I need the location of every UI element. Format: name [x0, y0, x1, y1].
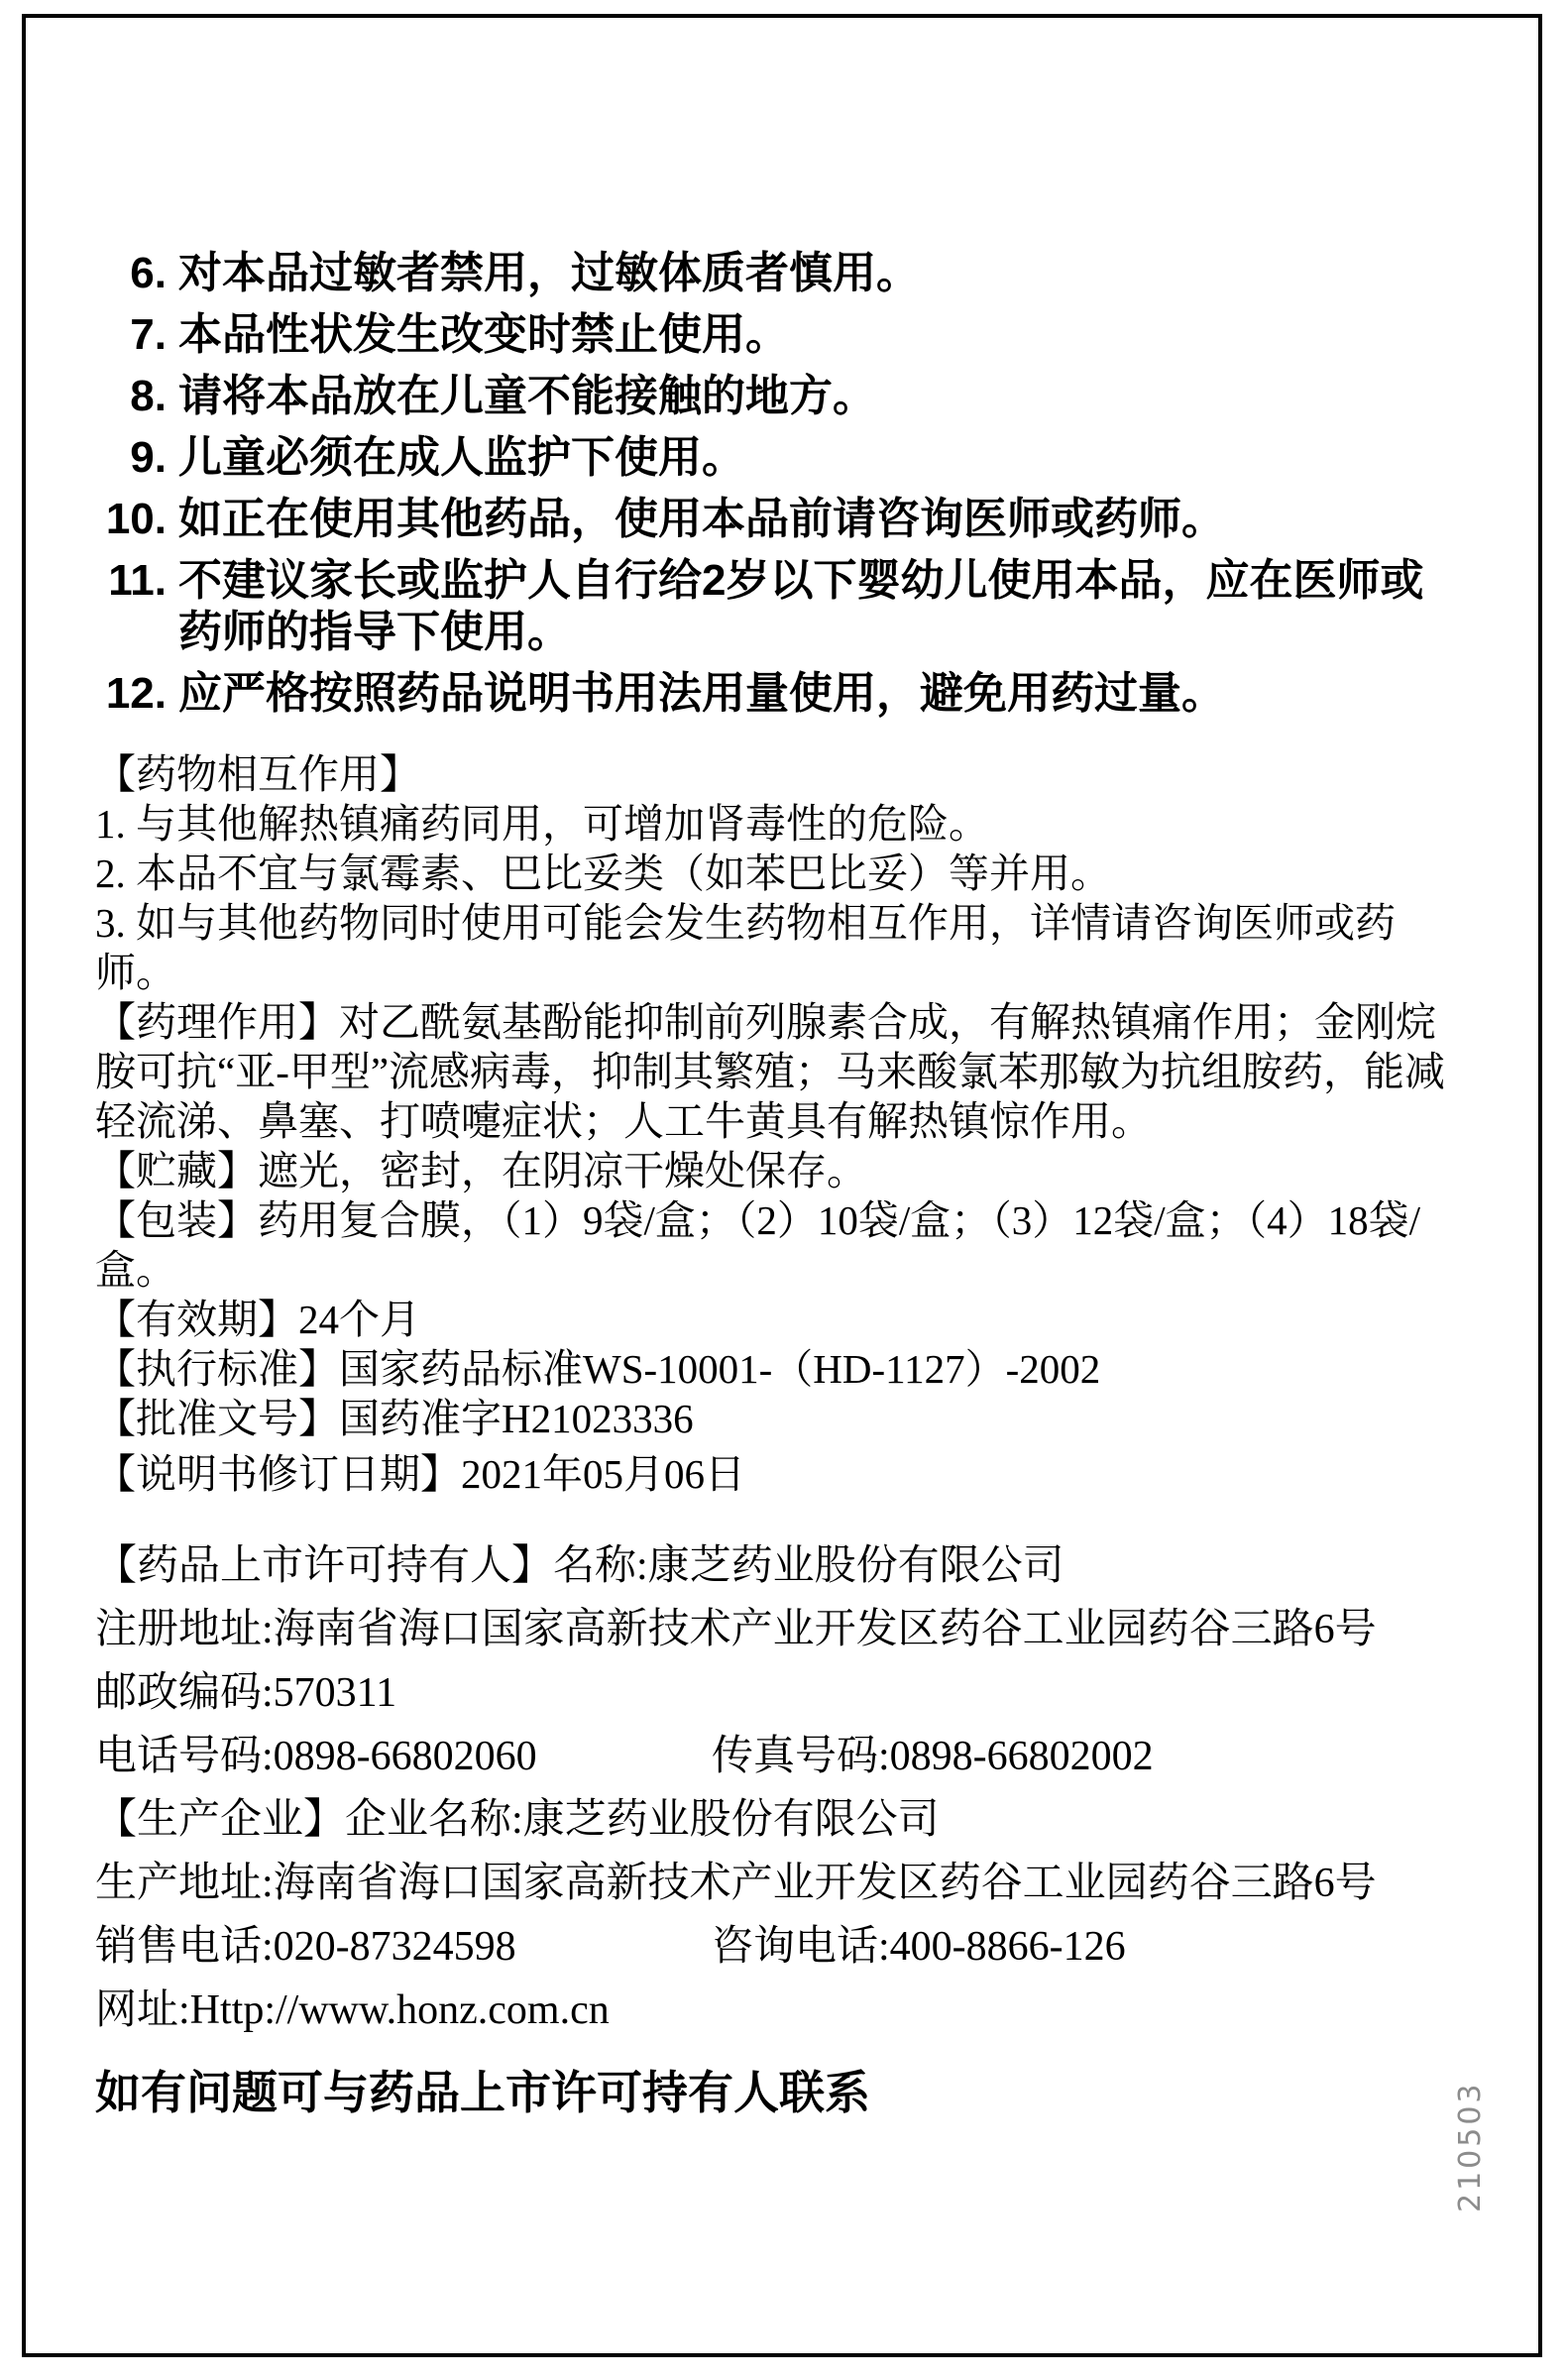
precaution-item-8: 8. 请将本品放在儿童不能接触的地方。 — [95, 371, 1448, 422]
precaution-item-6: 6. 对本品过敏者禁用，过敏体质者慎用。 — [95, 248, 1448, 299]
manufacturer-phones-row: 销售电话:020-87324598 咨询电话:400-8866-126 — [95, 1915, 1448, 1979]
manufacturer-website: 网址:Http://www.honz.com.cn — [95, 1979, 1448, 2042]
precaution-text: 如正在使用其他药品，使用本品前请咨询医师或药师。 — [178, 494, 1448, 545]
precaution-item-7: 7. 本品性状发生改变时禁止使用。 — [95, 309, 1448, 361]
holder-fax: 传真号码:0898-66802002 — [712, 1725, 1448, 1788]
precaution-text: 儿童必须在成人监护下使用。 — [178, 432, 1448, 484]
precaution-item-9: 9. 儿童必须在成人监护下使用。 — [95, 432, 1448, 484]
contact-note: 如有问题可与药品上市许可持有人联系 — [95, 2066, 1448, 2119]
holder-registered-address: 注册地址:海南省海口国家高新技术产业开发区药谷工业园药谷三路6号 — [95, 1598, 1448, 1661]
precaution-number: 6. — [95, 248, 178, 299]
revision-date-section: 【说明书修订日期】2021年05月06日 — [95, 1449, 1448, 1499]
precautions-list: 6. 对本品过敏者禁用，过敏体质者慎用。 7. 本品性状发生改变时禁止使用。 8… — [95, 248, 1448, 720]
package-insert-page: { "colors": { "background": "#ffffff", "… — [0, 0, 1568, 2380]
precaution-number: 9. — [95, 432, 178, 484]
pharmacology-section: 【药理作用】对乙酰氨基酚能抑制前列腺素合成，有解热镇痛作用；金刚烷胺可抗“亚-甲… — [95, 997, 1448, 1146]
validity-section: 【有效期】24个月 — [95, 1295, 1448, 1344]
drug-interactions-heading: 【药物相互作用】 — [95, 749, 1448, 799]
precaution-text: 对本品过敏者禁用，过敏体质者慎用。 — [178, 248, 1448, 299]
precaution-number: 11. — [95, 555, 178, 658]
drug-interactions-item-1: 1. 与其他解热镇痛药同用，可增加肾毒性的危险。 — [95, 799, 1448, 849]
drug-interactions-item-3: 3. 如与其他药物同时使用可能会发生药物相互作用，详情请咨询医师或药师。 — [95, 898, 1448, 997]
precaution-item-10: 10. 如正在使用其他药品，使用本品前请咨询医师或药师。 — [95, 494, 1448, 545]
precaution-text: 不建议家长或监护人自行给2岁以下婴幼儿使用本品，应在医师或药师的指导下使用。 — [178, 555, 1448, 658]
precaution-item-11: 11. 不建议家长或监护人自行给2岁以下婴幼儿使用本品，应在医师或药师的指导下使… — [95, 555, 1448, 658]
packaging-section: 【包装】药用复合膜，（1）9袋/盒；（2）10袋/盒；（3）12袋/盒；（4）1… — [95, 1195, 1448, 1295]
precaution-number: 7. — [95, 309, 178, 361]
manufacturer-production-address: 生产地址:海南省海口国家高新技术产业开发区药谷工业园药谷三路6号 — [95, 1852, 1448, 1915]
drug-interactions-item-2: 2. 本品不宜与氯霉素、巴比妥类（如苯巴比妥）等并用。 — [95, 849, 1448, 898]
side-print-code: 210503 — [1453, 2081, 1488, 2212]
manufacturer-sales-phone: 销售电话:020-87324598 — [95, 1915, 712, 1979]
precaution-text: 本品性状发生改变时禁止使用。 — [178, 309, 1448, 361]
holder-postal-code: 邮政编码:570311 — [95, 1661, 1448, 1725]
standard-section: 【执行标准】国家药品标准WS-10001-（HD-1127）-2002 — [95, 1344, 1448, 1394]
precaution-number: 12. — [95, 668, 178, 720]
precaution-text: 请将本品放在儿童不能接触的地方。 — [178, 371, 1448, 422]
holder-phone: 电话号码:0898-66802060 — [95, 1725, 712, 1788]
labeled-sections: 【药物相互作用】 1. 与其他解热镇痛药同用，可增加肾毒性的危险。 2. 本品不… — [95, 749, 1448, 1499]
holder-name-line: 【药品上市许可持有人】名称:康芝药业股份有限公司 — [95, 1534, 1448, 1598]
manufacturer-name-line: 【生产企业】企业名称:康芝药业股份有限公司 — [95, 1788, 1448, 1852]
insert-content: 6. 对本品过敏者禁用，过敏体质者慎用。 7. 本品性状发生改变时禁止使用。 8… — [95, 248, 1448, 2119]
holder-phone-fax-row: 电话号码:0898-66802060 传真号码:0898-66802002 — [95, 1725, 1448, 1788]
precaution-number: 8. — [95, 371, 178, 422]
precaution-item-12: 12. 应严格按照药品说明书用法用量使用，避免用药过量。 — [95, 668, 1448, 720]
precaution-text: 应严格按照药品说明书用法用量使用，避免用药过量。 — [178, 668, 1448, 720]
storage-section: 【贮藏】遮光，密封，在阴凉干燥处保存。 — [95, 1146, 1448, 1195]
precaution-number: 10. — [95, 494, 178, 545]
manufacturer-consult-phone: 咨询电话:400-8866-126 — [712, 1915, 1448, 1979]
approval-number-section: 【批准文号】国药准字H21023336 — [95, 1394, 1448, 1443]
holder-and-manufacturer-block: 【药品上市许可持有人】名称:康芝药业股份有限公司 注册地址:海南省海口国家高新技… — [95, 1534, 1448, 2042]
